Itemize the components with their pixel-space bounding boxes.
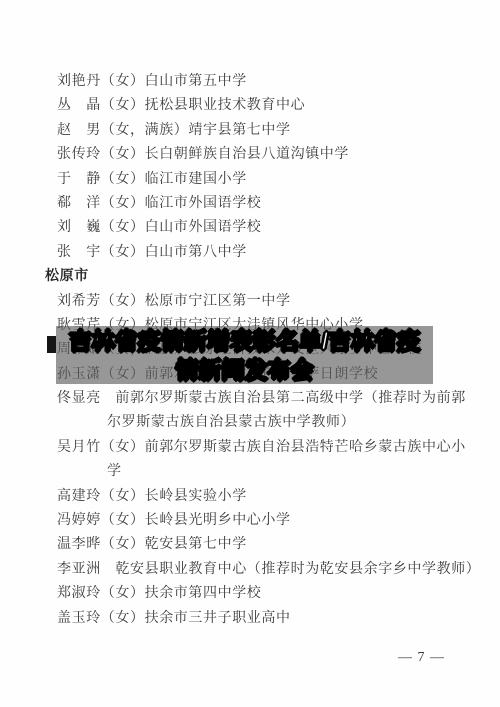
article-title-line1: 吉林省疫情新增表彰名单/吉林省疫 — [46, 327, 443, 356]
article-title-overlay: 吉林省疫情新增表彰名单/吉林省疫 情新闻发布会 — [46, 327, 443, 385]
list-line-entry: 丛 晶（女）抚松县职业技术教育中心 — [0, 94, 500, 118]
list-line-entry: 刘艳丹（女）白山市第五中学 — [0, 70, 500, 94]
page-number: — 7 — — [398, 650, 445, 666]
list-line-entry: 于 静（女）临江市建国小学 — [0, 168, 500, 192]
list-line-entry: 郗 洋（女）临江市外国语学校 — [0, 192, 500, 216]
list-line-entry: 冯婷婷（女）长岭县光明乡中心小学 — [0, 509, 500, 533]
list-line-entry: 刘希芳（女）松原市宁江区第一中学 — [0, 290, 500, 314]
list-line-section: 松原市 — [0, 265, 500, 289]
list-line-entry: 盖玉玲（女）扶余市三井子职业高中 — [0, 607, 500, 631]
list-line-entry: 张 宇（女）白山市第八中学 — [0, 241, 500, 265]
list-line-entry: 高建玲（女）长岭县实验小学 — [0, 485, 500, 509]
list-line-entry: 李亚洲 乾安县职业教育中心（推荐时为乾安县余字乡中学教师） — [0, 558, 500, 582]
list-line-entry: 温李晔（女）乾安县第七中学 — [0, 533, 500, 557]
article-title-line2: 情新闻发布会 — [46, 356, 443, 385]
list-line-entry: 郑淑玲（女）扶余市第四中学校 — [0, 582, 500, 606]
list-line-continuation: 学 — [0, 460, 500, 484]
list-line-continuation: 尔罗斯蒙古族自治县蒙古族中学教师） — [0, 411, 500, 435]
list-line-entry: 刘 巍（女）白山市外国语学校 — [0, 216, 500, 240]
list-line-entry: 张传玲（女）长白朝鲜族自治县八道沟镇中学 — [0, 143, 500, 167]
list-line-entry: 佟显亮 前郭尔罗斯蒙古族自治县第二高级中学（推荐时为前郭 — [0, 387, 500, 411]
list-line-entry: 吴月竹（女）前郭尔罗斯蒙古族自治县浩特芒哈乡蒙古族中心小 — [0, 436, 500, 460]
list-line-entry: 赵 男（女，满族）靖宇县第七中学 — [0, 119, 500, 143]
scanned-document-page: 刘艳丹（女）白山市第五中学丛 晶（女）抚松县职业技术教育中心赵 男（女，满族）靖… — [0, 0, 500, 707]
